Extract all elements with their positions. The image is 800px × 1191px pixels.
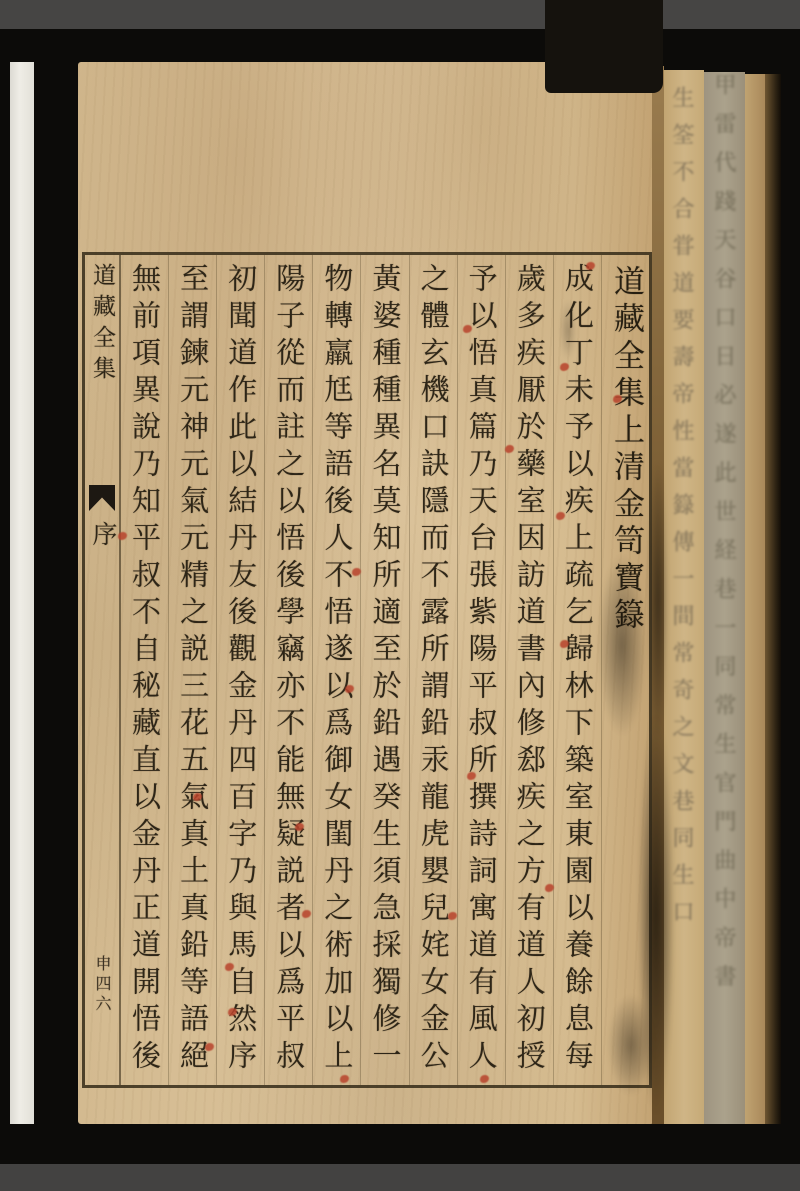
white-backing-strip (10, 62, 34, 1124)
ink-smudge (598, 555, 646, 735)
scanner-band-top (0, 0, 800, 29)
adjacent-leaf-bleed-strip: 甲雷代踐天谷口日必遂此世経巷一同常生官門曲中帝書 (704, 72, 745, 1124)
text-column-8: 初聞道作此以結丹友後觀金丹四百字乃與馬自然序 (216, 255, 264, 1085)
center-margin: 道藏全集 序 申四六 (85, 255, 121, 1085)
page-stack-shadow (765, 74, 781, 1124)
text-columns: 道藏全集上清金笥寶籙 成化丁未予以疾上疏乞歸林下築室東園以養餘息每 歲多疾厭於藥… (121, 255, 649, 1085)
running-title: 道藏全集 (90, 263, 113, 387)
scanner-band-bottom (0, 1164, 800, 1191)
text-column-2: 歲多疾厭於藥室因訪道書內修郄疾之方有道人初授 (505, 255, 553, 1085)
clamp-shadow (545, 0, 663, 93)
text-column-10: 無前項異說乃知平叔不自秘藏直以金丹正道開悟後 (121, 255, 168, 1085)
text-frame: 道藏全集 序 申四六 道藏全集上清金笥寶籙 成化丁未予以疾上疏乞歸林下築室東園以… (82, 252, 652, 1088)
fishtail-mark-icon (89, 485, 115, 511)
ink-smudge (560, 300, 576, 360)
ink-smudge (608, 995, 654, 1095)
text-column-4: 之體玄機口訣隱而不露所謂鉛汞龍虎嬰兒姹女金公 (409, 255, 457, 1085)
text-column-7: 陽子從而註之以悟後學竊亦不能無疑説者以爲平叔 (264, 255, 312, 1085)
text-column-3: 予以悟真篇乃天台張紫陽平叔所撰詩詞寓道有風人 (457, 255, 505, 1085)
book-scan: 生筌不合甞道要壽帝性當籙傳一間常奇之文巷同生口 甲雷代踐天谷口日必遂此世経巷一同… (0, 0, 800, 1191)
section-label: 序 (91, 521, 116, 546)
adjacent-leaf-edge-2 (745, 74, 765, 1124)
text-column-9: 至謂鍊元神元氣元精之説三花五氣真土真鉛等語絕 (168, 255, 216, 1085)
text-column-1: 成化丁未予以疾上疏乞歸林下築室東園以養餘息每 (553, 255, 601, 1085)
text-column-5: 黃婆種種異名莫知所適至於鉛遇癸生須急採獨修一 (360, 255, 408, 1085)
bleed-through-text: 甲雷代踐天谷口日必遂此世経巷一同常生官門曲中帝書 (712, 73, 734, 1003)
folio-number: 申四六 (94, 955, 110, 1015)
ink-smudge (648, 460, 668, 740)
text-column-6: 物轉羸尪等語後人不悟遂以爲御女閨丹之術加以上 (312, 255, 360, 1085)
